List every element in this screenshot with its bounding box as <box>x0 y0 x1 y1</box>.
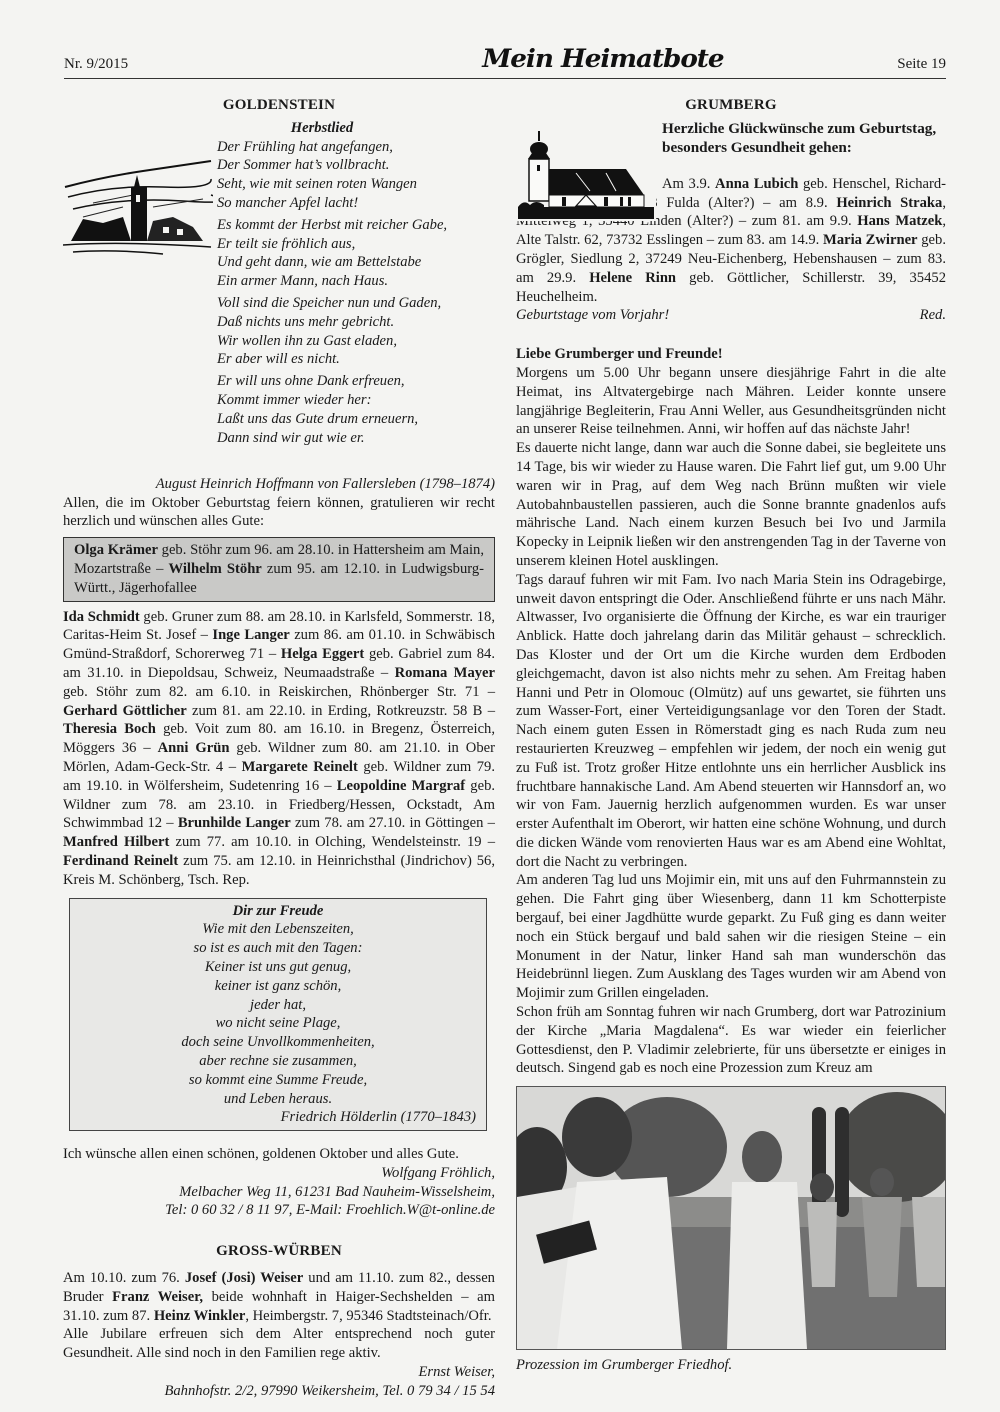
birthday-name: Inge Langer <box>212 627 289 643</box>
text: , Heimbergstr. 7, 95346 Stadtsteinach/Of… <box>245 1308 491 1324</box>
poem-stanza: Voll sind die Speicher nun und Gaden, Da… <box>217 294 447 369</box>
letter-paragraph: Schon früh am Sonntag fuhren wir nach Gr… <box>516 1003 946 1078</box>
birthday-details: zum 77. am 10.10. in Olching, Wendelstei… <box>169 834 495 850</box>
signature-name: Wolfgang Fröhlich, <box>63 1164 495 1183</box>
birthday-name: Helga Eggert <box>281 646 364 662</box>
newspaper-page: Nr. 9/2015 Mein Heimatbote Seite 19 GOLD… <box>0 0 1000 1412</box>
text: Am 10.10. zum 76. <box>63 1270 185 1286</box>
note-line: Geburtstage vom Vorjahr! Red. <box>516 306 946 325</box>
poem-line: Und geht dann, wie am Bettelstabe <box>217 253 447 272</box>
birthday-name: Heinz Winkler <box>154 1308 246 1324</box>
letter-title: Liebe Grumberger und Freunde! <box>516 345 946 364</box>
poem-line: Keiner ist uns gut genug, <box>80 958 476 977</box>
poem-line: Er teilt sie fröhlich aus, <box>217 235 447 254</box>
poem-stanza: Es kommt der Herbst mit reicher Gabe, Er… <box>217 216 447 291</box>
poem-line: Der Sommer hat’s vollbracht. <box>217 156 447 175</box>
poem-line: Er will uns ohne Dank erfreuen, <box>217 372 447 391</box>
poem-line: Seht, wie mit seinen roten Wangen <box>217 175 447 194</box>
closing-text: Ich wünsche allen einen schönen, goldene… <box>63 1145 495 1164</box>
signature-address: Bahnhofstr. 2/2, 97990 Weikersheim, Tel.… <box>63 1382 495 1401</box>
dir-zur-freude-poem-box: Dir zur Freude Wie mit den Lebenszeiten,… <box>69 898 487 1132</box>
poem-author: Friedrich Hölderlin (1770–1843) <box>80 1108 476 1127</box>
birthday-name: Brunhilde Langer <box>178 815 291 831</box>
congratulations-heading: Herzliche Glückwünsche zum Geburtstag, b… <box>662 119 946 157</box>
signature-name: Ernst Weiser, <box>63 1363 495 1382</box>
letter-paragraph: Am anderen Tag lud uns Mojimir ein, mit … <box>516 871 946 1003</box>
note-signature: Red. <box>920 306 946 325</box>
poem-title: Herbstlied <box>227 119 417 138</box>
church-illustration-icon <box>516 129 656 221</box>
poem-line: doch seine Unvollkommenheiten, <box>80 1033 476 1052</box>
gross-wuerben-note: Alle Jubilare erfreuen sich dem Alter en… <box>63 1325 495 1363</box>
poem-stanza: Er will uns ohne Dank erfreuen, Kommt im… <box>217 372 447 447</box>
birthday-details: zum 81. am 22.10. in Erding, Rotkreuzstr… <box>187 703 495 719</box>
poem-stanza: Der Frühling hat angefangen, Der Sommer … <box>217 138 447 213</box>
poem-line: Es kommt der Herbst mit reicher Gabe, <box>217 216 447 235</box>
birthday-name: Ferdinand Reinelt <box>63 853 178 869</box>
herbstlied-text: Herbstlied Der Frühling hat angefangen, … <box>217 119 447 451</box>
poem-line: und Leben heraus. <box>80 1090 476 1109</box>
poem-line: Der Frühling hat angefangen, <box>217 138 447 157</box>
signature-contact: Tel: 0 60 32 / 8 11 97, E-Mail: Froehlic… <box>63 1201 495 1220</box>
signature-block: Wolfgang Fröhlich, Melbacher Weg 11, 612… <box>63 1164 495 1220</box>
birthday-name: Maria Zwirner <box>823 232 918 248</box>
poem-line: Er aber will es nicht. <box>217 350 447 369</box>
right-column: GRUMBERG Herz <box>516 90 946 1375</box>
birthday-name: Gerhard Göttlicher <box>63 703 187 719</box>
poem-line: keiner ist ganz schön, <box>80 977 476 996</box>
poem-line: Daß nichts uns mehr gebricht. <box>217 313 447 332</box>
poem-line: Ein armer Mann, nach Haus. <box>217 272 447 291</box>
birthday-name: Franz Weiser, <box>112 1289 203 1305</box>
poem-line: Kommt immer wieder her: <box>217 391 447 410</box>
section-title-gross-wuerben: GROSS-WÜRBEN <box>63 1242 495 1261</box>
signature-block: Ernst Weiser, Bahnhofstr. 2/2, 97990 Wei… <box>63 1363 495 1401</box>
birthday-name: Olga Krämer <box>74 542 158 558</box>
letter-paragraph: Tags darauf fuhren wir mit Fam. Ivo nach… <box>516 571 946 872</box>
birthday-name: Romana Mayer <box>395 665 495 681</box>
village-church-illustration-icon <box>63 157 213 257</box>
poem-line: Wir wollen ihn zu Gast eladen, <box>217 332 447 351</box>
birthday-details: geb. Stöhr zum 82. am 6.10. in Reiskirch… <box>63 684 495 700</box>
issue-number: Nr. 9/2015 <box>64 56 128 73</box>
poem-title: Dir zur Freude <box>80 902 476 921</box>
photo-caption: Prozession im Grumberger Friedhof. <box>516 1356 946 1375</box>
poem-line: jeder hat, <box>80 996 476 1015</box>
birthday-name: Wilhelm Stöhr <box>169 561 262 577</box>
poem-line: so kommt eine Summe Freude, <box>80 1071 476 1090</box>
section-title-grumberg: GRUMBERG <box>516 96 946 115</box>
poem-line: so ist es auch mit den Tagen: <box>80 939 476 958</box>
poem-line: So mancher Apfel lacht! <box>217 194 447 213</box>
birthday-details: zum 78. am 27.10. in Göttingen – <box>291 815 495 831</box>
birthday-name: Margarete Reinelt <box>242 759 358 775</box>
letter-paragraph: Es dauerte nicht lange, dann war auch di… <box>516 439 946 571</box>
poem-line: Laßt uns das Gute drum erneuern, <box>217 410 447 429</box>
letter-paragraph: Morgens um 5.00 Uhr begann unsere diesjä… <box>516 364 946 439</box>
photo-placeholder-icon <box>517 1087 945 1349</box>
birthday-list: Ida Schmidt geb. Gruner zum 88. am 28.10… <box>63 608 495 890</box>
left-column: GOLDENSTEIN Herbstlied Der Fr <box>63 90 495 1401</box>
birthday-name: Leopoldine Margraf <box>337 778 465 794</box>
page-header: Nr. 9/2015 Mein Heimatbote Seite 19 <box>64 48 946 79</box>
signature-address: Melbacher Weg 11, 61231 Bad Nauheim-Wiss… <box>63 1183 495 1202</box>
masthead-logo: Mein Heimatbote <box>482 44 723 73</box>
birthday-name: Theresia Boch <box>63 721 156 737</box>
intro-text: Allen, die im Oktober Geburtstag feiern … <box>63 494 495 532</box>
birthday-name: Helene Rinn <box>589 270 676 286</box>
poem-line: aber rechne sie zusammen, <box>80 1052 476 1071</box>
note-text: Geburtstage vom Vorjahr! <box>516 306 669 325</box>
birthday-name: Anni Grün <box>158 740 230 756</box>
highlighted-birthdays-box: Olga Krämer geb. Stöhr zum 96. am 28.10.… <box>63 537 495 601</box>
poem-line: wo nicht seine Plage, <box>80 1014 476 1033</box>
herbstlied-poem-block: Herbstlied Der Frühling hat angefangen, … <box>63 119 495 479</box>
birthday-name: Josef (Josi) Weiser <box>185 1270 303 1286</box>
page-number: Seite 19 <box>897 56 946 73</box>
procession-photo <box>516 1086 946 1350</box>
gross-wuerben-birthdays: Am 10.10. zum 76. Josef (Josi) Weiser un… <box>63 1269 495 1325</box>
poem-line: Dann sind wir gut wie er. <box>217 429 447 448</box>
poem-line: Wie mit den Lebenszeiten, <box>80 920 476 939</box>
poem-line: Voll sind die Speicher nun und Gaden, <box>217 294 447 313</box>
birthday-name: Ida Schmidt <box>63 609 140 625</box>
birthday-name: Manfred Hilbert <box>63 834 169 850</box>
section-title-goldenstein: GOLDENSTEIN <box>63 96 495 115</box>
grumberg-congratulations: Herzliche Glückwünsche zum Geburtstag, b… <box>662 119 946 157</box>
grumberg-header-block: Herzliche Glückwünsche zum Geburtstag, b… <box>516 119 946 231</box>
